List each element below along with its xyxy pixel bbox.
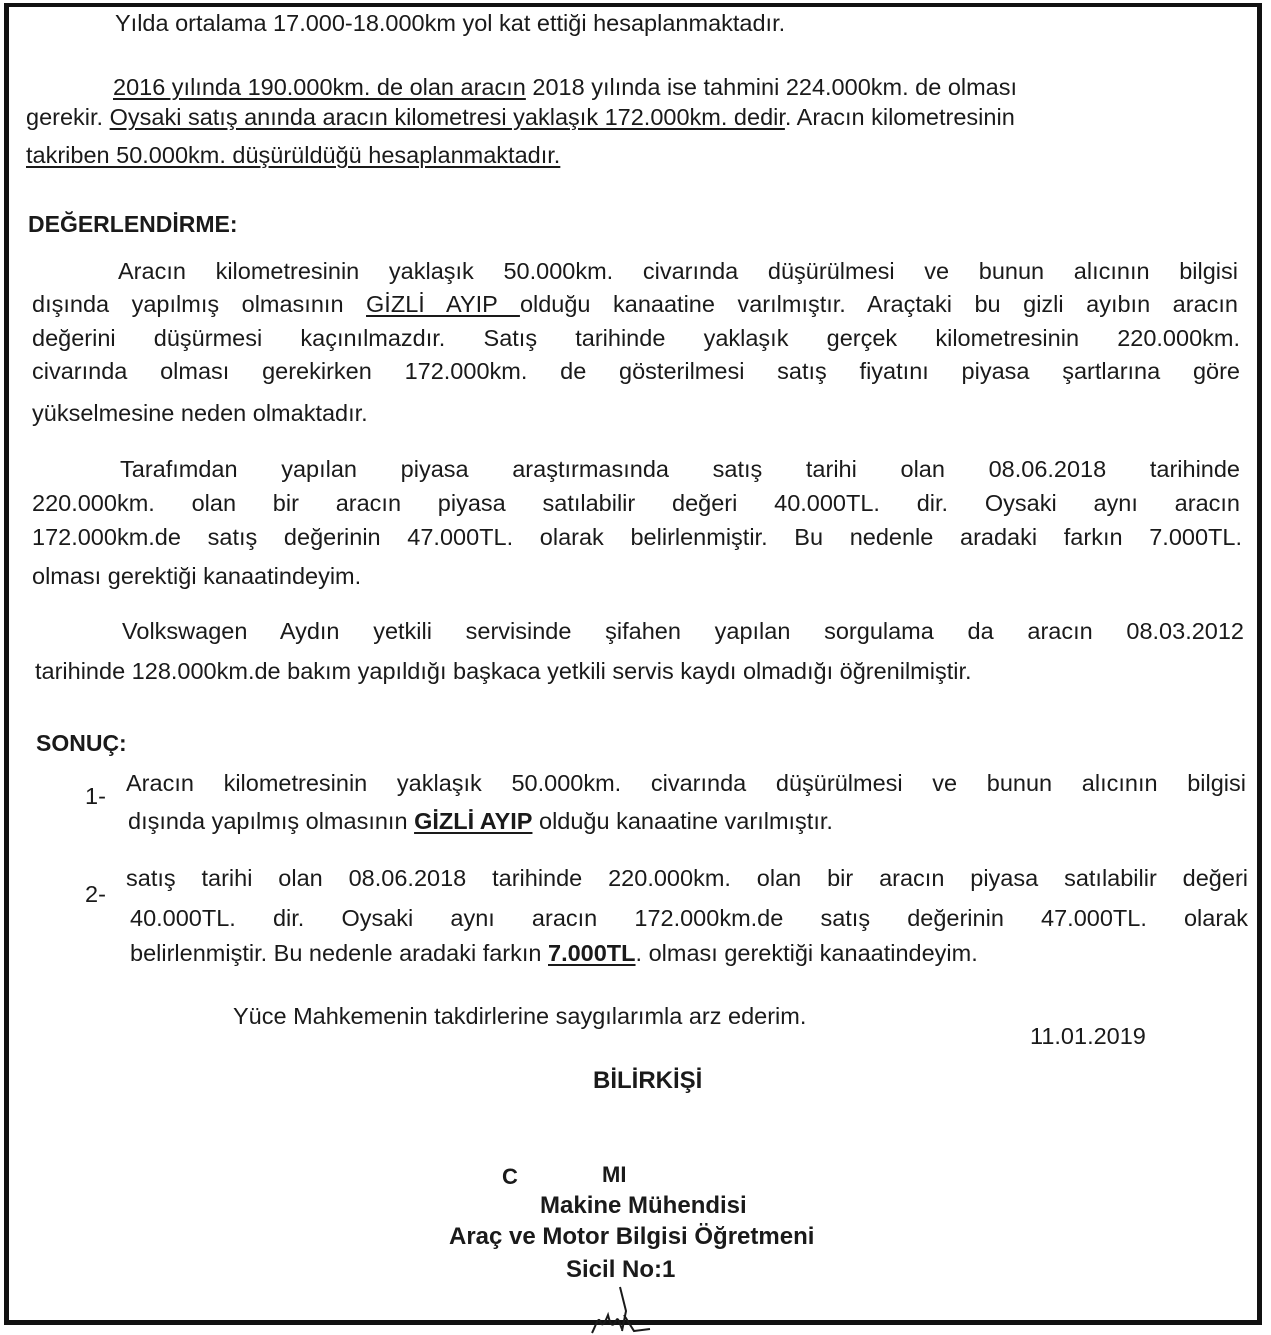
expert-report-page: Yılda ortalama 17.000-18.000km yol kat e… bbox=[0, 0, 1271, 1335]
evaluation-p1-line-5: yükselmesine neden olmaktadır. bbox=[32, 402, 368, 426]
signer-initial-first: C bbox=[502, 1164, 518, 1190]
text: Aracın kilometresinin yaklaşık 50.000km.… bbox=[118, 260, 1238, 284]
text-rest: . olması gerektiği kanaatindeyim. bbox=[636, 940, 978, 966]
evaluation-p1-line-3: değerini düşürmesi kaçınılmazdır. Satış … bbox=[32, 327, 1240, 351]
evaluation-p1-line-4: civarında olması gerekirken 172.000km. d… bbox=[32, 360, 1240, 384]
conclusion-item-1-line-1: Aracın kilometresinin yaklaşık 50.000km.… bbox=[126, 772, 1246, 796]
text-rest: olduğu kanaatine varılmıştır. bbox=[532, 808, 832, 834]
text: satış tarihi olan 08.06.2018 tarihinde 2… bbox=[126, 867, 1248, 891]
signer-profession: Makine Mühendisi bbox=[540, 1192, 747, 1220]
closing-statement: Yüce Mahkemenin takdirlerine saygılarıml… bbox=[233, 1005, 806, 1029]
conclusion-item-1-number: 1- bbox=[85, 785, 106, 809]
evaluation-p2-line-1: Tarafımdan yapılan piyasa araştırmasında… bbox=[120, 458, 1240, 482]
evaluation-p1-line-1: Aracın kilometresinin yaklaşık 50.000km.… bbox=[118, 260, 1238, 284]
evaluation-p3-line-1: Volkswagen Aydın yetkili servisinde şifa… bbox=[122, 620, 1244, 644]
text: değerini düşürmesi kaçınılmazdır. Satış … bbox=[32, 327, 1240, 351]
report-date: 11.01.2019 bbox=[1030, 1025, 1146, 1049]
evaluation-p2-line-4: olması gerektiği kanaatindeyim. bbox=[32, 565, 361, 589]
bold-amount: 7.000TL bbox=[548, 940, 636, 966]
paragraph-annual-mileage: Yılda ortalama 17.000-18.000km yol kat e… bbox=[115, 12, 785, 36]
underlined-2016-mileage: 2016 yılında 190.000km. de olan aracın bbox=[113, 74, 526, 100]
evaluation-p2-line-2: 220.000km. olan bir aracın piyasa satıla… bbox=[32, 492, 1240, 516]
bold-gizli-ayip: GİZLİ AYIP bbox=[414, 808, 532, 834]
evaluation-p1-line-2: dışında yapılmış olmasının GİZLİ AYIP ol… bbox=[32, 293, 1238, 317]
text: Tarafımdan yapılan piyasa araştırmasında… bbox=[120, 458, 1240, 482]
text: 40.000TL. dir. Oysaki aynı aracın 172.00… bbox=[130, 907, 1248, 931]
text: Aracın kilometresinin yaklaşık 50.000km.… bbox=[126, 772, 1246, 796]
text-gerekir: gerekir. bbox=[26, 104, 110, 130]
text: dışında yapılmış olmasının GİZLİ AYIP ol… bbox=[32, 293, 1238, 317]
text-kilometresinin: . Aracın kilometresinin bbox=[785, 104, 1015, 130]
text: Volkswagen Aydın yetkili servisinde şifa… bbox=[122, 620, 1244, 644]
text-pre: dışında yapılmış olmasının bbox=[32, 291, 366, 317]
signer-role: Araç ve Motor Bilgisi Öğretmeni bbox=[449, 1223, 814, 1251]
signature-title: BİLİRKİŞİ bbox=[593, 1067, 702, 1095]
underlined-rollback-amount: takriben 50.000km. düşürüldüğü hesaplanm… bbox=[26, 142, 560, 168]
conclusion-heading: SONUÇ: bbox=[36, 732, 127, 755]
paragraph-mileage-line-1: 2016 yılında 190.000km. de olan aracın 2… bbox=[113, 76, 1017, 100]
text: civarında olması gerekirken 172.000km. d… bbox=[32, 360, 1240, 384]
text: 172.000km.de satış değerinin 47.000TL. o… bbox=[32, 526, 1242, 550]
conclusion-item-2-line-3: belirlenmiştir. Bu nedenle aradaki farkı… bbox=[130, 942, 978, 966]
handwritten-signature-icon bbox=[590, 1285, 670, 1335]
text: 220.000km. olan bir aracın piyasa satıla… bbox=[32, 492, 1240, 516]
signer-initial-last: MI bbox=[602, 1162, 626, 1188]
evaluation-heading: DEĞERLENDİRME: bbox=[28, 213, 238, 236]
evaluation-p3-line-2: tarihinde 128.000km.de bakım yapıldığı b… bbox=[35, 660, 972, 684]
signer-registry-number: Sicil No:1 bbox=[566, 1256, 675, 1284]
text-pre: dışında yapılmış olmasının bbox=[128, 808, 414, 834]
evaluation-p2-line-3: 172.000km.de satış değerinin 47.000TL. o… bbox=[32, 526, 1242, 550]
paragraph-mileage-line-2: gerekir. Oysaki satış anında aracın kilo… bbox=[26, 106, 1015, 130]
conclusion-item-2-line-2: 40.000TL. dir. Oysaki aynı aracın 172.00… bbox=[130, 907, 1248, 931]
text-rest: olduğu kanaatine varılmıştır. Araçtaki b… bbox=[520, 291, 1238, 317]
text-pre: belirlenmiştir. Bu nedenle aradaki farkı… bbox=[130, 940, 548, 966]
conclusion-item-1-line-2: dışında yapılmış olmasının GİZLİ AYIP ol… bbox=[128, 810, 833, 834]
text-2018-estimate: 2018 yılında ise tahmini 224.000km. de o… bbox=[526, 74, 1017, 100]
conclusion-item-2-number: 2- bbox=[85, 883, 106, 907]
paragraph-mileage-line-3: takriben 50.000km. düşürüldüğü hesaplanm… bbox=[26, 144, 560, 168]
conclusion-item-2-line-1: satış tarihi olan 08.06.2018 tarihinde 2… bbox=[126, 867, 1248, 891]
underlined-sale-mileage: Oysaki satış anında aracın kilometresi y… bbox=[110, 104, 785, 130]
underlined-gizli-ayip: GİZLİ AYIP bbox=[366, 291, 520, 317]
